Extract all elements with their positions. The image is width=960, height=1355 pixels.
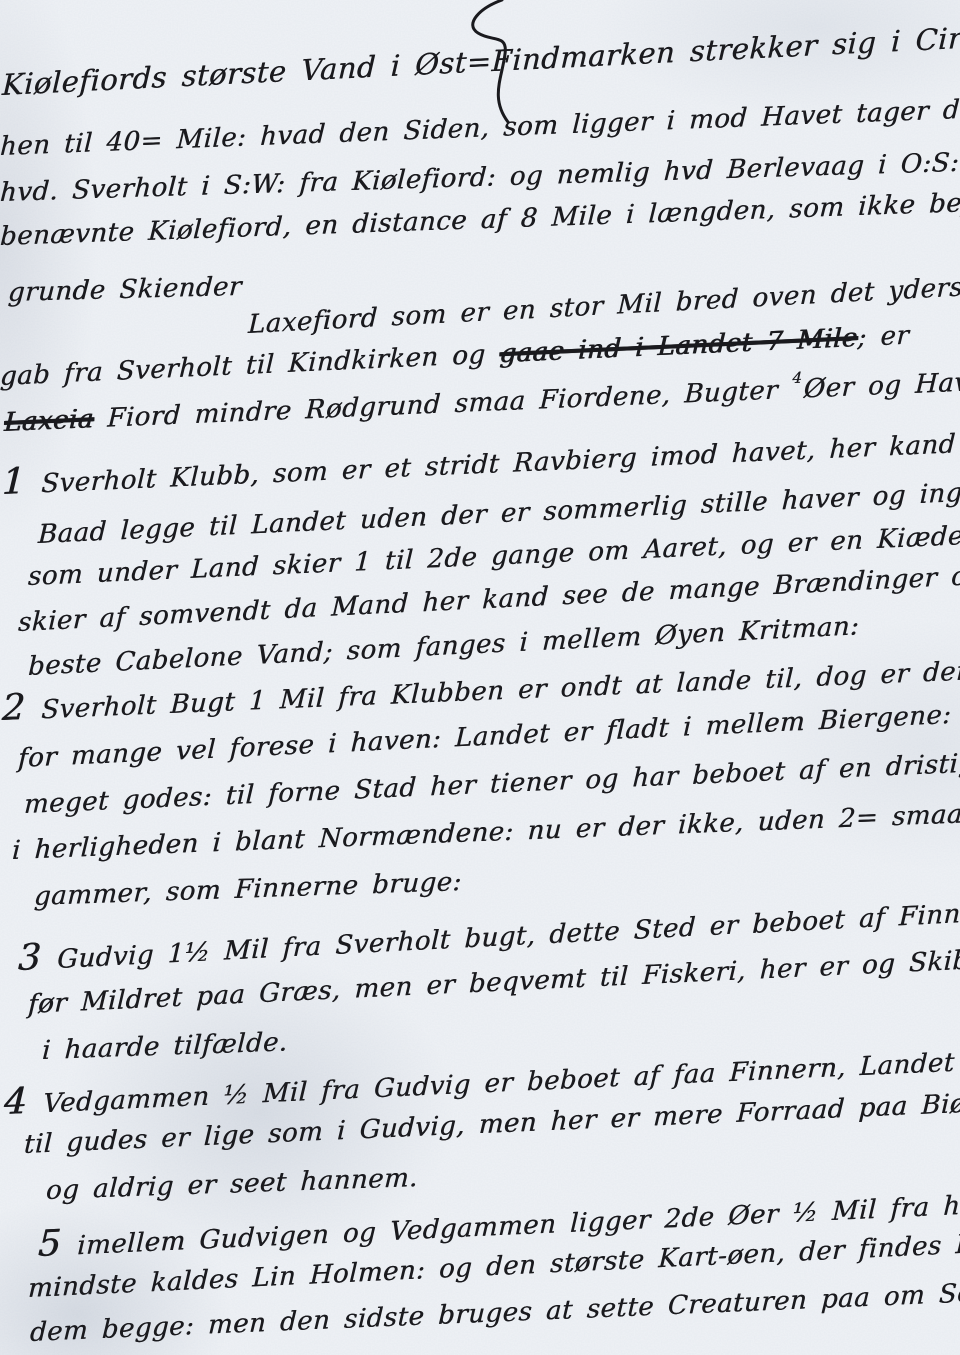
item-number: 2 [1,687,26,729]
item-number: 3 [17,937,42,979]
manuscript-line: grunde Skiender [7,272,243,308]
manuscript-page: Kiølefiords største Vand i Øst=Findmarke… [0,0,960,1355]
item-number: 5 [37,1223,62,1265]
struck-text: Laxeia [3,404,94,438]
item-number: 1 [1,461,26,503]
line-text: grunde Skiender [7,272,243,308]
item-number: 4 [3,1081,28,1123]
superscript-note: 4 [792,369,803,387]
line-text: ; er [857,321,910,353]
